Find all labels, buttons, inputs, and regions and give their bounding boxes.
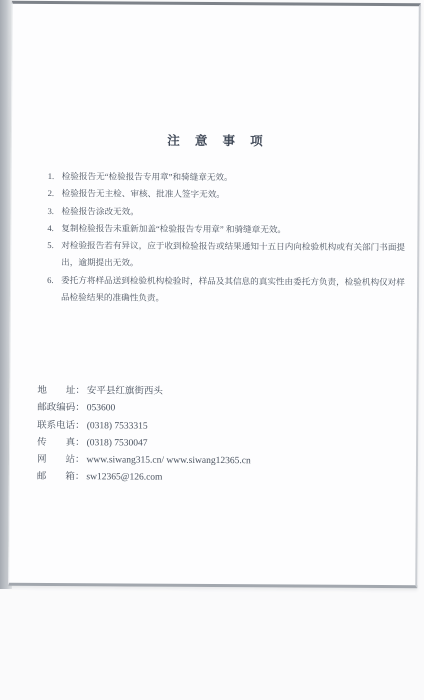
item-number: 2. [48, 185, 62, 202]
item-text: 复制检验报告未重新加盖“检验报告专用章” 和骑缝章无效。 [61, 220, 405, 239]
contact-label: 邮 箱： [37, 469, 85, 487]
item-text: 检验报告无“检验报告专用章”和骑缝章无效。 [62, 168, 406, 187]
notice-item: 5. 对检验报告若有异议，应于收到检验报告或结果通知十五日内向检验机构或有关部门… [47, 237, 405, 274]
notice-item: 6. 委托方将样品送到检验机构检验时，样品及其信息的真实性由委托方负责，检验机构… [47, 272, 405, 309]
notice-item: 2. 检验报告无主检、审核、批准人签字无效。 [48, 185, 406, 204]
item-text: 对检验报告若有异议，应于收到检验报告或结果通知十五日内向检验机构或有关部门书面提… [61, 237, 405, 274]
contact-row-address: 地 址：安平县红旗街西头 [37, 383, 377, 402]
item-line: 出，逾期提出无效。 [61, 255, 405, 274]
contact-row-fax: 传 真：(0318) 7530047 [37, 435, 377, 454]
item-line: 检验报告涂改无效。 [61, 203, 405, 222]
item-line: 复制检验报告未重新加盖“检验报告专用章” 和骑缝章无效。 [61, 220, 405, 239]
item-text: 检验报告无主检、审核、批准人签字无效。 [62, 185, 406, 204]
contact-block: 地 址：安平县红旗街西头 邮政编码：053600 联系电话：(0318) 753… [37, 383, 378, 489]
contact-value: sw12365@126.com [86, 473, 162, 483]
item-number: 4. [47, 220, 61, 237]
scanned-page: 注 意 事 项 1. 检验报告无“检验报告专用章”和骑缝章无效。 2. 检验报告… [8, 1, 421, 588]
contact-label: 网 站： [37, 452, 85, 470]
item-text: 检验报告涂改无效。 [61, 203, 405, 222]
notice-item: 1. 检验报告无“检验报告专用章”和骑缝章无效。 [48, 168, 406, 187]
item-number: 1. [48, 168, 62, 185]
item-text: 委托方将样品送到检验机构检验时，样品及其信息的真实性由委托方负责，检验机构仅对样… [61, 272, 405, 309]
notice-item: 3. 检验报告涂改无效。 [47, 203, 405, 222]
contact-label: 邮政编码： [37, 400, 85, 418]
contact-value: 安平县红旗街西头 [87, 386, 163, 396]
contact-value: (0318) 7530047 [87, 438, 148, 448]
notice-list: 1. 检验报告无“检验报告专用章”和骑缝章无效。 2. 检验报告无主检、审核、批… [47, 168, 406, 309]
contact-value: www.siwang315.cn/ www.siwang12365.cn [86, 455, 250, 466]
contact-value: (0318) 7533315 [87, 421, 148, 431]
notice-item: 4. 复制检验报告未重新加盖“检验报告专用章” 和骑缝章无效。 [47, 220, 405, 239]
contact-label: 地 址： [37, 383, 85, 401]
scan-area: 注 意 事 项 1. 检验报告无“检验报告专用章”和骑缝章无效。 2. 检验报告… [0, 0, 424, 700]
contact-row-email: 邮 箱：sw12365@126.com [37, 469, 377, 488]
contact-row-website: 网 站：www.siwang315.cn/ www.siwang12365.cn [37, 452, 377, 471]
contact-label: 传 真： [37, 435, 85, 453]
item-number: 3. [47, 203, 61, 220]
item-line: 检验报告无主检、审核、批准人签字无效。 [62, 185, 406, 204]
page-title: 注 意 事 项 [12, 130, 418, 150]
contact-row-phone: 联系电话：(0318) 7533315 [37, 418, 377, 437]
item-line: 检验报告无“检验报告专用章”和骑缝章无效。 [62, 168, 406, 187]
item-number: 6. [47, 272, 61, 307]
item-line: 对检验报告若有异议，应于收到检验报告或结果通知十五日内向检验机构或有关部门书面提 [61, 237, 405, 256]
contact-label: 联系电话： [37, 418, 85, 436]
contact-row-postal-code: 邮政编码：053600 [37, 400, 377, 419]
item-line: 委托方将样品送到检验机构检验时，样品及其信息的真实性由委托方负责，检验机构仅对样 [61, 272, 405, 291]
contact-value: 053600 [87, 404, 116, 414]
item-number: 5. [47, 237, 61, 272]
item-line: 品检验结果的准确性负责。 [61, 289, 405, 308]
